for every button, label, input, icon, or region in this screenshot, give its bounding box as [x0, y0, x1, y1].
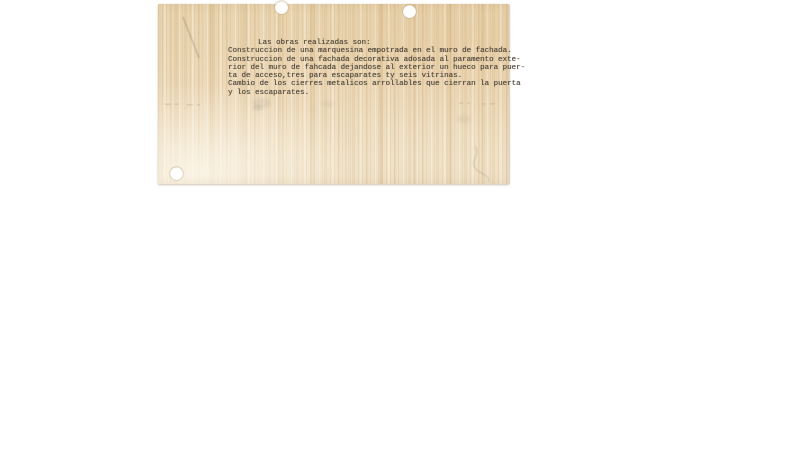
pencil-dashes-right — [459, 103, 495, 104]
typed-text-block: Las obras realizadas son: Construccion d… — [228, 39, 520, 97]
pencil-dashes-left — [165, 104, 200, 105]
typed-line: rior del muro de fahcada dejandose al ex… — [228, 64, 520, 72]
punch-hole-bottom-left — [170, 167, 183, 180]
pencil-diagonal-line — [183, 17, 199, 58]
typed-line: Construccion de una marquesina empotrada… — [228, 47, 520, 55]
pencil-squiggle — [474, 146, 489, 182]
typed-line: Construccion de una fachada decorativa a… — [228, 56, 520, 64]
typed-line: y los escaparates. — [228, 89, 520, 97]
punch-hole-top-right — [403, 5, 416, 18]
typed-line: Cambio de los cierres metalicos arrollab… — [228, 80, 520, 88]
punch-hole-top-left — [275, 1, 288, 14]
scan-background: Las obras realizadas son: Construccion d… — [0, 0, 800, 467]
scanned-document-card: Las obras realizadas son: Construccion d… — [158, 4, 509, 184]
pencil-smudge — [253, 98, 471, 123]
